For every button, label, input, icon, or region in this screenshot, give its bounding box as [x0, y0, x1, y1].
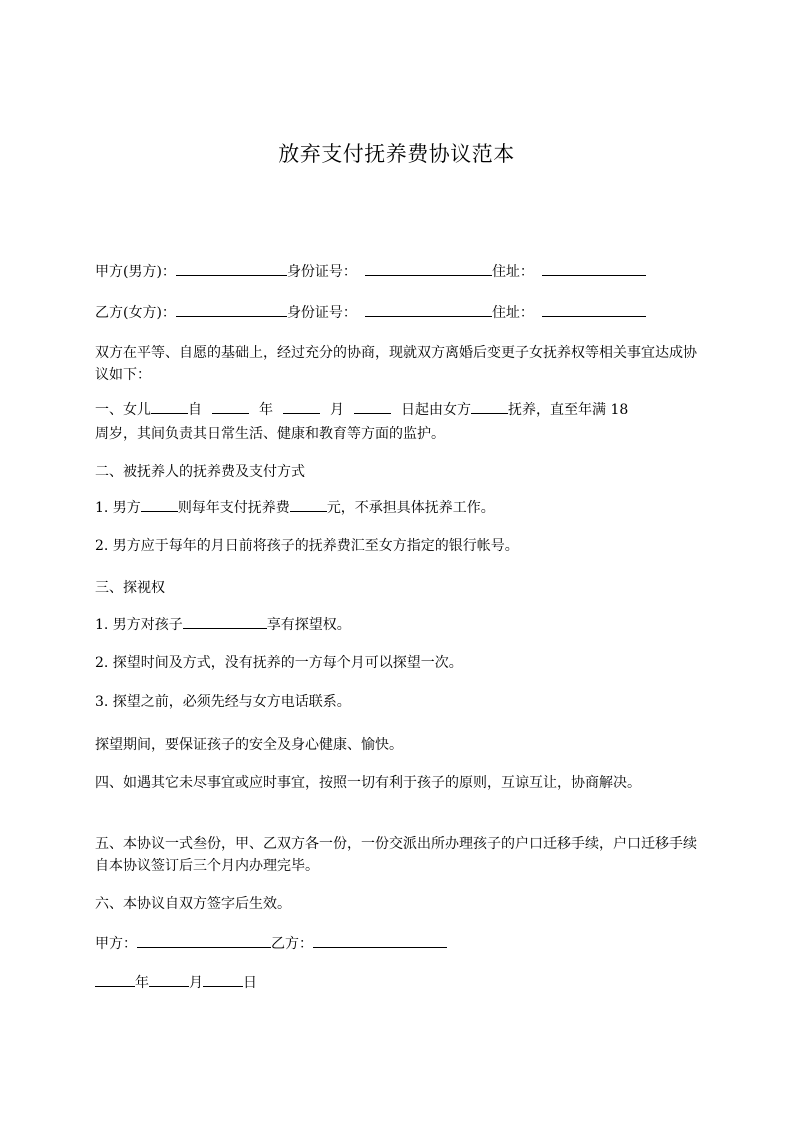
section-2-heading: 二、被抚养人的抚养费及支付方式 — [95, 464, 305, 480]
clause-1-year: 年 — [259, 402, 273, 418]
clause-1-month: 月 — [330, 402, 344, 418]
month-blank[interactable] — [283, 401, 320, 414]
clause-1-text: 一、女儿 — [95, 402, 151, 418]
party-a-address-blank[interactable] — [542, 263, 646, 276]
preamble: 双方在平等、自愿的基础上，经过充分的协商，现就双方离婚后变更子女抚养权等相关事宜… — [95, 342, 700, 386]
section-4: 四、如遇其它未尽事宜或应时事宜，按照一切有利于孩子的原则，互谅互让，协商解决。 — [95, 772, 700, 794]
document-page: 放弃支付抚养费协议范本 甲方(男方)：身份证号：住址： 乙方(女方)：身份证号：… — [0, 0, 793, 1122]
party-b-name-blank[interactable] — [176, 304, 287, 317]
section-3-item-1-text: 1. 男方对孩子 — [95, 617, 183, 633]
party-b-line: 乙方(女方)：身份证号：住址： — [95, 304, 646, 321]
clause-1-raise: 抚养，直至年满 18 — [508, 402, 628, 418]
section-3-item-3: 3. 探望之前，必须先经与女方电话联系。 — [95, 694, 351, 710]
party-a-label: 甲方(男方)： — [95, 264, 176, 280]
party-b-label: 乙方(女方)： — [95, 305, 176, 321]
party-b-id-label: 身份证号： — [287, 305, 357, 321]
section-2-item-1: 1. 男方则每年支付抚养费元，不承担具体抚养工作。 — [95, 499, 495, 516]
party-b-address-blank[interactable] — [542, 304, 646, 317]
signature-party-b-label: 乙方： — [271, 936, 313, 952]
date-month-label: 月 — [189, 975, 203, 991]
clause-1-line-2: 周岁，其间负责其日常生活、健康和教育等方面的监护。 — [95, 426, 445, 442]
date-day-label: 日 — [243, 975, 257, 991]
guardian-blank[interactable] — [471, 401, 508, 414]
party-b-id-blank[interactable] — [365, 304, 492, 317]
party-a-name-blank[interactable] — [176, 263, 287, 276]
party-b-address-label: 住址： — [492, 305, 534, 321]
clause-1-line-1: 一、女儿自年月日起由女方抚养，直至年满 18 — [95, 401, 628, 418]
amount-blank[interactable] — [290, 499, 327, 512]
date-line: 年月日 — [95, 974, 257, 991]
child-name-blank[interactable] — [183, 616, 267, 629]
section-3-heading: 三、探视权 — [95, 580, 165, 596]
daughter-name-blank[interactable] — [151, 401, 188, 414]
section-2-item-1-yuan: 元，不承担具体抚养工作。 — [327, 500, 495, 516]
document-title: 放弃支付抚养费协议范本 — [0, 138, 793, 168]
section-3-item-1: 1. 男方对孩子享有探望权。 — [95, 616, 351, 633]
clause-1-from: 自 — [188, 402, 202, 418]
party-a-id-label: 身份证号： — [287, 264, 357, 280]
signature-party-a-blank[interactable] — [137, 935, 271, 948]
section-3-note: 探望期间，要保证孩子的安全及身心健康、愉快。 — [95, 737, 403, 753]
party-a-line: 甲方(男方)：身份证号：住址： — [95, 263, 646, 280]
signature-party-a-label: 甲方： — [95, 936, 137, 952]
section-2-item-1-pay: 则每年支付抚养费 — [178, 500, 290, 516]
section-6: 六、本协议自双方签字后生效。 — [95, 896, 291, 912]
date-year-label: 年 — [135, 975, 149, 991]
party-a-address-label: 住址： — [492, 264, 534, 280]
male-party-blank[interactable] — [141, 499, 178, 512]
section-3-item-2: 2. 探望时间及方式，没有抚养的一方每个月可以探望一次。 — [95, 655, 463, 671]
date-day-blank[interactable] — [203, 974, 243, 987]
section-5: 五、本协议一式叁份，甲、乙双方各一份，一份交派出所办理孩子的户口迁移手续，户口迁… — [95, 833, 700, 877]
date-month-blank[interactable] — [149, 974, 189, 987]
party-a-id-blank[interactable] — [365, 263, 492, 276]
section-2-item-1-text: 1. 男方 — [95, 500, 141, 516]
section-3-item-1-right: 享有探望权。 — [267, 617, 351, 633]
date-year-blank[interactable] — [95, 974, 135, 987]
year-blank[interactable] — [212, 401, 249, 414]
clause-1-day: 日起由女方 — [401, 402, 471, 418]
signature-line: 甲方：乙方： — [95, 935, 447, 952]
day-blank[interactable] — [354, 401, 391, 414]
signature-party-b-blank[interactable] — [313, 935, 447, 948]
section-2-item-2: 2. 男方应于每年的月日前将孩子的抚养费汇至女方指定的银行帐号。 — [95, 538, 519, 554]
